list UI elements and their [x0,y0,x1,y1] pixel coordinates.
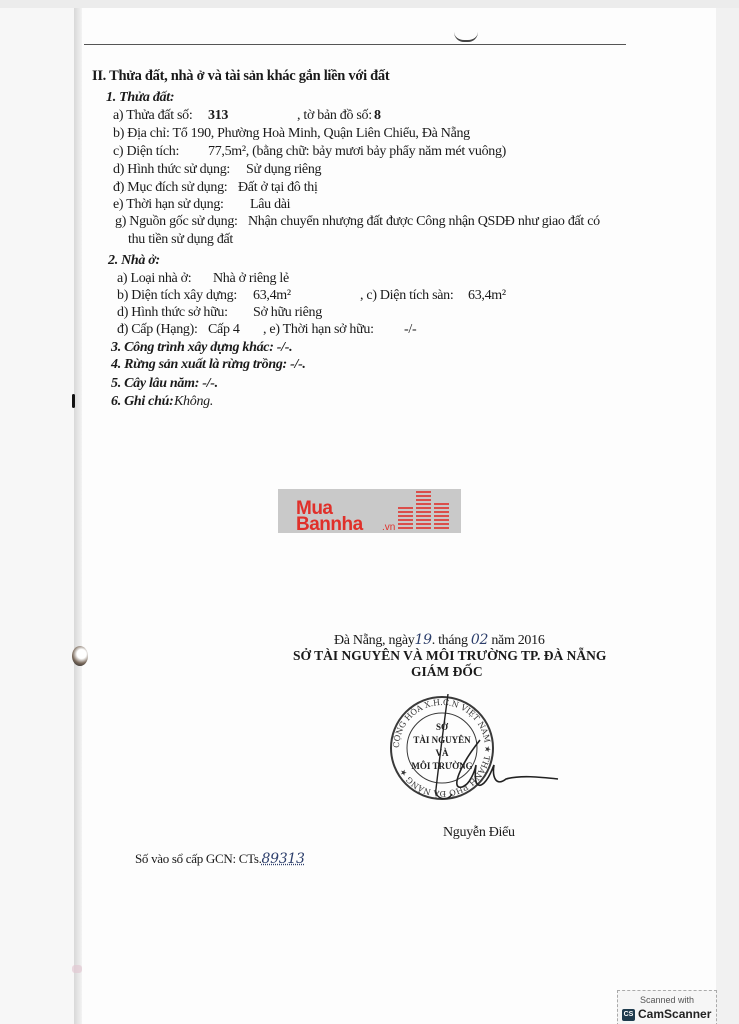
section-title: II. Thửa đất, nhà ở và tài sản khác gắn … [92,68,389,84]
parcel-number-label: a) Thửa đất số: [113,108,192,124]
date-prefix: Đà Nẵng, ngày [334,633,414,648]
scan-top-border [0,0,739,8]
date-month: 02 [471,632,488,648]
signature [440,735,560,805]
house-type-label: a) Loại nhà ở: [117,271,191,287]
usage-purpose-label: đ) Mục đích sử dụng: [113,180,227,196]
build-area-label: b) Diện tích xây dựng: [117,288,237,304]
header-divider [84,44,626,45]
registry-label: Số vào sổ cấp GCN: CTs. [135,851,262,866]
floor-area-value: 63,4m² [468,288,506,304]
watermark-suffix: .vn [382,522,395,533]
signer-name: Nguyễn Điểu [443,825,515,841]
signing-date: Đà Nẵng, ngày19. tháng 02 năm 2016 [334,632,545,649]
perennial-trees: 5. Cây lâu năm: -/-. [111,376,218,392]
camscanner-logo-icon: CS [622,1009,635,1021]
scan-artifact [72,646,88,666]
issuing-agency: SỞ TÀI NGUYÊN VÀ MÔI TRƯỜNG TP. ĐÀ NẴNG [293,648,606,664]
camscanner-name: CamScanner [638,1007,711,1021]
other-construction: 3. Công trình xây dựng khác: -/-. [111,340,292,356]
usage-term-label: e) Thời hạn sử dụng: [113,197,224,213]
registry-number: Số vào sổ cấp GCN: CTs.89313 [135,851,305,867]
area-value: 77,5m², (bằng chữ: bảy mươi bảy phẩy năm… [208,144,506,160]
ownership-label: d) Hình thức sở hữu: [117,305,228,321]
area-label: c) Diện tích: [113,144,179,160]
notes-value: Không. [174,394,213,410]
ownership-value: Sở hữu riêng [253,305,322,321]
grade-label: đ) Cấp (Hạng): [117,322,198,338]
usage-form-label: d) Hình thức sử dụng: [113,162,230,178]
map-sheet-label: , tờ bản đồ số: [297,108,372,124]
usage-form-value: Sử dụng riêng [246,162,321,178]
origin-value-cont: thu tiền sử dụng đất [128,232,233,248]
scan-left-margin [0,8,74,1024]
signer-title: GIÁM ĐỐC [411,664,483,680]
ownership-term-label: , e) Thời hạn sở hữu: [263,322,374,338]
date-year: năm 2016 [491,633,544,648]
binder-hole-mark [72,394,75,408]
address-line: b) Địa chỉ: Tổ 190, Phường Hoà Minh, Quậ… [113,126,470,142]
building-icon [434,503,449,531]
house-heading: 2. Nhà ở: [108,253,160,269]
date-day: 19 [414,632,431,648]
origin-label: g) Nguồn gốc sử dụng: [115,214,238,230]
stamp-line1: SỞ [436,722,449,732]
usage-purpose-value: Đất ở tại đô thị [238,180,318,196]
notes-label: 6. Ghi chú: [111,394,173,410]
date-month-label: tháng [438,633,468,648]
watermark-muabannha: Mua Bannha .vn [278,489,461,533]
registry-value: 89313 [262,851,305,867]
house-type-value: Nhà ở riêng lẻ [213,271,289,287]
land-heading: 1. Thửa đất: [106,90,174,106]
origin-value: Nhận chuyển nhượng đất được Công nhận QS… [248,214,600,230]
page-fold-shadow [74,8,82,1024]
scan-right-margin [716,8,739,1024]
usage-term-value: Lâu dài [250,197,290,213]
building-icon [416,491,431,531]
map-sheet-value: 8 [374,108,381,124]
watermark-line2: Bannha [296,516,363,534]
scanned-with-text: Scanned with [618,995,716,1005]
floor-area-label: , c) Diện tích sàn: [360,288,453,304]
building-icon [398,507,413,531]
scan-smudge [72,965,82,973]
build-area-value: 63,4m² [253,288,291,304]
ownership-term-value: -/- [404,322,416,338]
camscanner-badge: Scanned with CS CamScanner [617,990,717,1024]
parcel-number-value: 313 [208,108,228,124]
production-forest: 4. Rừng sản xuất là rừng trồng: -/-. [111,357,306,373]
grade-value: Cấp 4 [208,322,240,338]
